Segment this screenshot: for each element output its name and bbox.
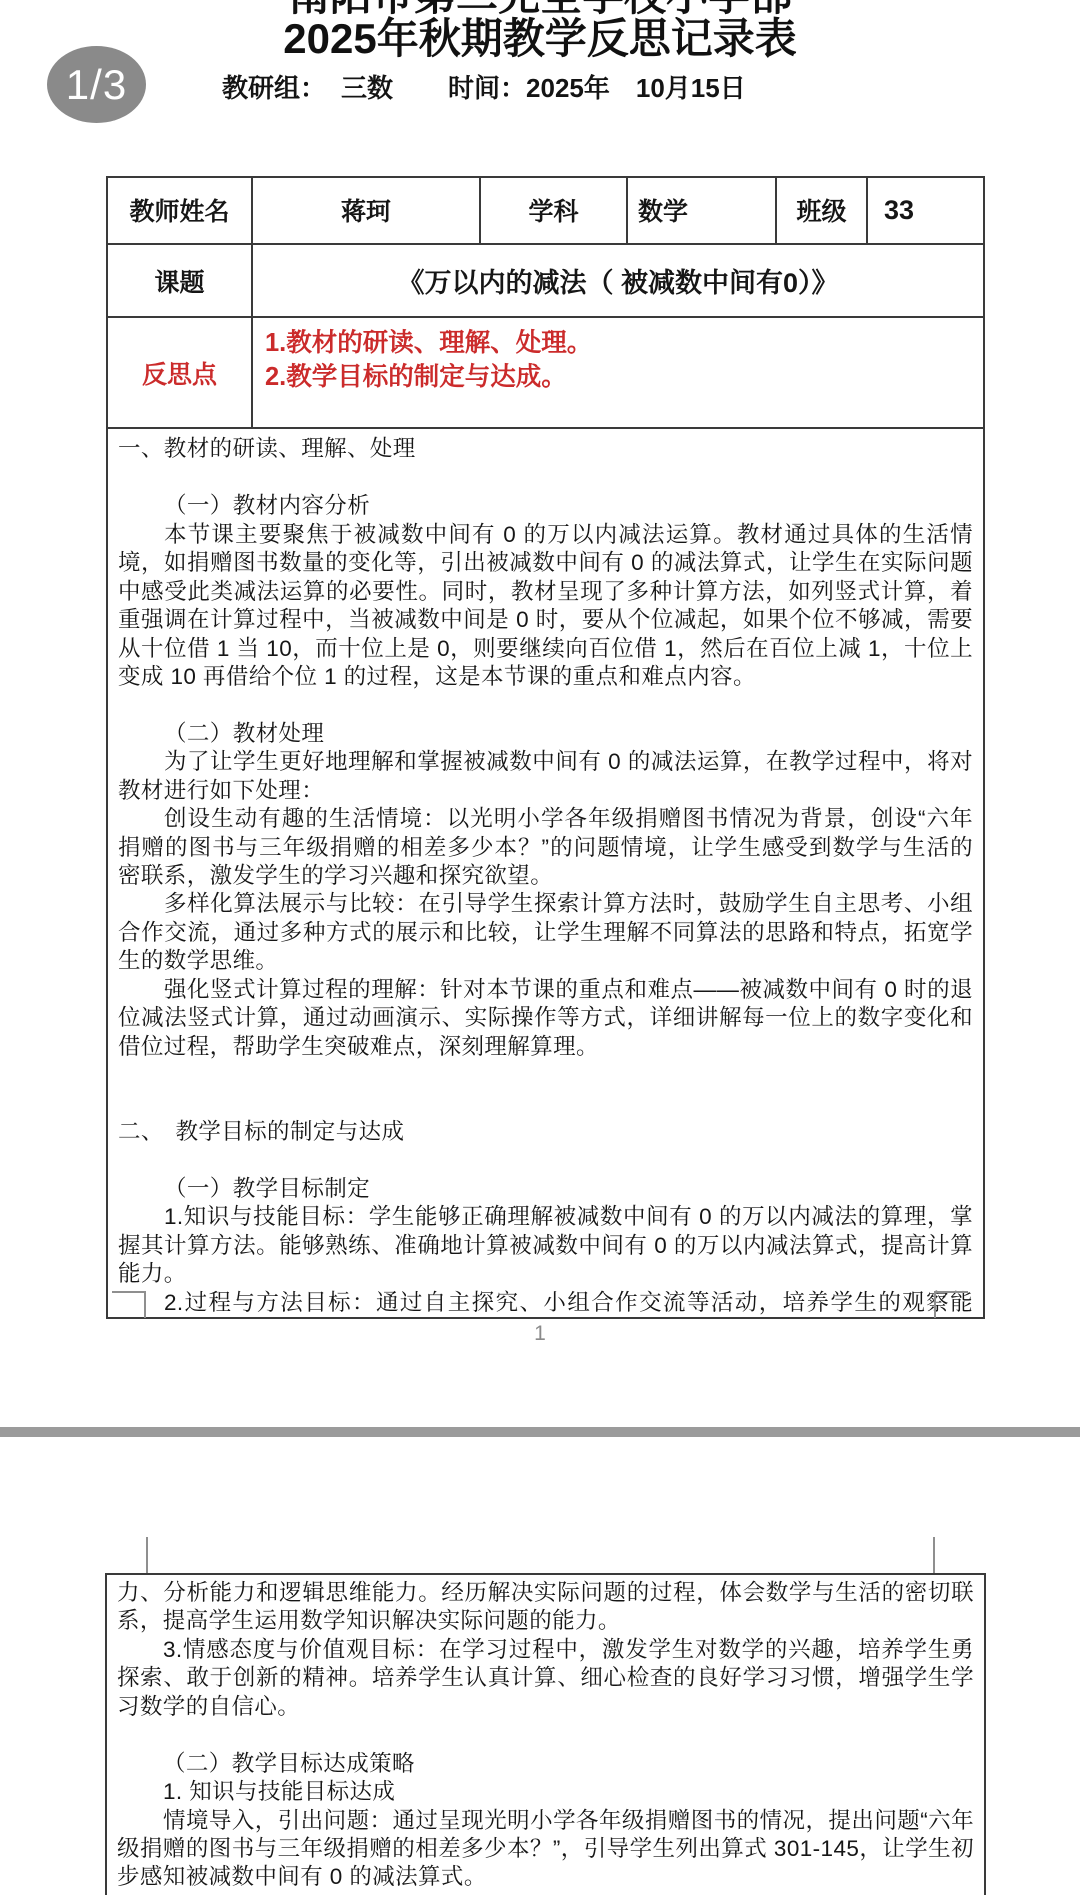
page-number: 1: [0, 1322, 1080, 1346]
class-value: 33: [868, 178, 983, 243]
text-line: 多样化算法展示与比较：在引导学生探索计算方法时，鼓励学生自主思考、小组: [118, 890, 973, 918]
crop-mark-top-right: [933, 1537, 935, 1573]
page-indicator-label: 1/3: [66, 61, 127, 109]
table-row-body: 一、教材的研读、理解、处理 （一）教材内容分析本节课主要聚焦于被减数中间有 0 …: [108, 429, 983, 1317]
table-row-reflection: 反思点 1.教材的研读、理解、处理。2.教学目标的制定与达成。: [108, 318, 983, 429]
page-indicator-badge: 1/3: [47, 46, 146, 123]
topic-value: 《万以内的减法（ 被减数中间有0）》: [253, 245, 983, 317]
text-line: 变成 10 再借给个位 1 的过程，这是本节课的重点和难点内容。: [118, 663, 973, 691]
body-text-page2: 力、分析能力和逻辑思维能力。经历解决实际问题的过程，体会数学与生活的密切联系，提…: [105, 1573, 986, 1895]
text-line: （二）教学目标达成策略: [117, 1750, 974, 1778]
topic-label: 课题: [108, 245, 253, 317]
text-line: 1.知识与技能目标：学生能够正确理解被减数中间有 0 的万以内减法的算理，掌: [118, 1203, 973, 1231]
text-line: 1.教材的研读、理解、处理。: [265, 326, 971, 360]
text-line: 境，如捐赠图书数量的变化等，引出被减数中间有 0 的减法算式，让学生在实际问题: [118, 549, 973, 577]
text-line: [118, 1090, 973, 1118]
text-line: 1. 知识与技能目标达成: [117, 1778, 974, 1806]
text-line: 生的数学思维。: [118, 947, 973, 975]
group-value: 三数: [341, 68, 393, 105]
group-label: 教研组：: [222, 68, 326, 105]
teacher-name-value: 蒋珂: [253, 178, 481, 243]
table-row-topic: 课题 《万以内的减法（ 被减数中间有0）》: [108, 245, 983, 319]
crop-mark-bottom-right: [934, 1291, 968, 1318]
text-line: 握其计算方法。能够熟练、准确地计算被减数中间有 0 的万以内减法算式，提高计算: [118, 1232, 973, 1260]
text-line: 能力。: [118, 1260, 973, 1288]
info-table: 教师姓名 蒋珂 学科 数学 班级 33 课题 《万以内的减法（ 被减数中间有0）…: [106, 176, 985, 1319]
text-line: 2.教学目标的制定与达成。: [265, 360, 971, 394]
subject-label: 学科: [481, 178, 628, 243]
text-line: 级捐赠的图书与三年级捐赠的相差多少本？”，引导学生列出算式 301-145，让学…: [117, 1835, 974, 1863]
teacher-name-label: 教师姓名: [108, 178, 253, 243]
text-line: 为了让学生更好地理解和掌握被减数中间有 0 的减法运算，在教学过程中，将对: [118, 748, 973, 776]
table-row-teacher: 教师姓名 蒋珂 学科 数学 班级 33: [108, 178, 983, 245]
text-line: 从十位借 1 当 10，而十位上是 0，则要继续向百位借 1，然后在百位上减 1…: [118, 635, 973, 663]
text-line: 一、教材的研读、理解、处理: [118, 435, 973, 463]
text-line: 重强调在计算过程中，当被减数中间是 0 时，要从个位减起，如果个位不够减，需要: [118, 606, 973, 634]
text-line: 2.过程与方法目标：通过自主探究、小组合作交流等活动，培养学生的观察能: [118, 1289, 973, 1317]
crop-mark-top-left: [146, 1537, 148, 1573]
text-line: 3.情感态度与价值观目标：在学习过程中，激发学生对数学的兴趣，培养学生勇于: [117, 1636, 974, 1664]
time-value: 2025年 10月15日: [526, 68, 746, 105]
crop-mark-bottom-left: [112, 1291, 146, 1318]
text-line: 系，提高学生运用数学知识解决实际问题的能力。: [117, 1607, 974, 1635]
text-line: 二、 教学目标的制定与达成: [118, 1118, 973, 1146]
text-line: 创设生动有趣的生活情境：以光明小学各年级捐赠图书情况为背景，创设“六年级: [118, 805, 973, 833]
meta-row: 教研组： 三数 时间： 2025年 10月15日: [222, 68, 746, 104]
text-line: 借位过程，帮助学生突破难点，深刻理解算理。: [118, 1033, 973, 1061]
text-line: [118, 1146, 973, 1174]
document-viewer[interactable]: 南阳市第二完全学校小学部 2025年秋期教学反思记录表 1/3 教研组： 三数 …: [0, 0, 1080, 1895]
text-line: 情境导入，引出问题：通过呈现光明小学各年级捐赠图书的情况，提出问题“六年: [117, 1807, 974, 1835]
text-line: 习数学的自信心。: [117, 1693, 974, 1721]
text-line: 力、分析能力和逻辑思维能力。经历解决实际问题的过程，体会数学与生活的密切联: [117, 1579, 974, 1607]
text-line: 捐赠的图书与三年级捐赠的相差多少本？”的问题情境，让学生感受到数学与生活的紧: [118, 834, 973, 862]
text-line: （二）教材处理: [118, 720, 973, 748]
text-line: 位减法竖式计算，通过动画演示、实际操作等方式，详细讲解每一位上的数字变化和: [118, 1004, 973, 1032]
text-line: 教材进行如下处理：: [118, 777, 973, 805]
doc-title-line2: 2025年秋期教学反思记录表: [0, 16, 1080, 62]
text-line: [118, 464, 973, 492]
text-line: [118, 1061, 973, 1089]
reflection-points: 1.教材的研读、理解、处理。2.教学目标的制定与达成。: [253, 318, 983, 427]
text-line: 步感知被减数中间有 0 的减法算式。: [117, 1863, 974, 1891]
text-line: （一）教学目标制定: [118, 1175, 973, 1203]
reflection-label: 反思点: [108, 318, 253, 427]
text-line: 探索、敢于创新的精神。培养学生认真计算、细心检查的良好学习习惯，增强学生学: [117, 1664, 974, 1692]
page-separator: [0, 1427, 1080, 1437]
text-line: 合作交流，通过多种方式的展示和比较，让学生理解不同算法的思路和特点，拓宽学: [118, 919, 973, 947]
text-line: 中感受此类减法运算的必要性。同时，教材呈现了多种计算方法，如列竖式计算，着: [118, 578, 973, 606]
text-line: 密联系，激发学生的学习兴趣和探究欲望。: [118, 862, 973, 890]
time-label: 时间：: [448, 68, 526, 105]
subject-value: 数学: [628, 178, 777, 243]
text-line: [118, 691, 973, 719]
class-label: 班级: [777, 178, 868, 243]
text-line: 本节课主要聚焦于被减数中间有 0 的万以内减法运算。教材通过具体的生活情: [118, 521, 973, 549]
text-line: [117, 1721, 974, 1749]
text-line: （一）教材内容分析: [118, 492, 973, 520]
text-line: 强化竖式计算过程的理解：针对本节课的重点和难点——被减数中间有 0 时的退: [118, 976, 973, 1004]
body-text-page1: 一、教材的研读、理解、处理 （一）教材内容分析本节课主要聚焦于被减数中间有 0 …: [108, 429, 983, 1317]
